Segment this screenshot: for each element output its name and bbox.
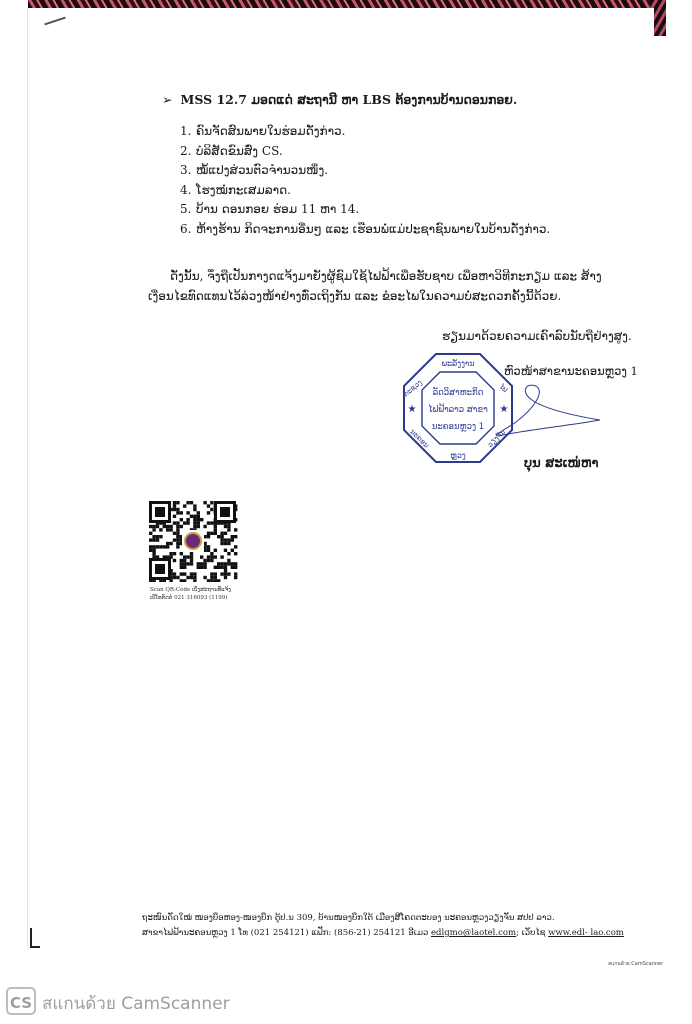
list-item: 6.ຫ້າງຮ້ານ ກິດຈະການອື່ນໆ ແລະ ເຮືອນພໍ່ແມ່… — [180, 220, 550, 240]
svg-text:ໄຟຟ້າລາວ ສາຂາ: ໄຟຟ້າລາວ ສາຂາ — [428, 403, 488, 415]
closing-line: ຮຽນມາດ້ວຍຄວາມເຄົາລົບນັບຖືຢ່າງສູງ. — [442, 329, 632, 343]
footer-email-link[interactable]: edlgmo@laotel.com — [431, 928, 516, 938]
signer-name: ບຸນ ສະເໜ່ຫາ — [524, 456, 598, 471]
camscanner-watermark: สแกนด้วย CamScanner — [42, 990, 230, 1017]
list-item: 2.ບໍລິສັດຂົນສົ່ງ CS. — [180, 142, 550, 162]
svg-text:ພະລັງງານ: ພະລັງງານ — [441, 358, 474, 368]
star-icon: ★ — [408, 404, 417, 415]
svg-text:ລັດວິສາຫະກິດ: ລັດວິສາຫະກິດ — [433, 387, 484, 398]
qr-code[interactable] — [148, 500, 238, 582]
notice-heading: ➢MSS 12.7 ມອດແດ່ ສະຖານີ ຫາ LBS ຕ້ອງການບ້… — [162, 92, 517, 107]
svg-text:ນະຄອນຫຼວງ 1: ນະຄອນຫຼວງ 1 — [432, 422, 484, 432]
camscanner-small-watermark: สแกนด้วย CamScanner — [608, 960, 663, 968]
footer-website-link[interactable]: www.edl- lao.com — [548, 928, 624, 938]
qr-caption: Scan QR-Code ເບິ່ງສະຖານທີ່ແຈ້ງ ເບີໂທຕິດຕ… — [150, 586, 231, 602]
list-item: 1.ຄົນຈັດສົນພາຍໃນຮ່ອມດັ່ງກ່າວ. — [180, 122, 550, 142]
svg-text:ກະຊວງ: ກະຊວງ — [402, 378, 424, 398]
letterhead-footer: ຖະໜົນດັດໃໝ່ ໜອງບຶອຫອງ-ໜອງບຶກ ຕູ້ປ.ນ 309,… — [142, 911, 624, 941]
signature-title: ຫົວໜ້າສາຂານະຄອນຫຼວງ 1 — [504, 364, 638, 378]
list-item: 4.ໂຮງໝໍກະເສມລາດ. — [180, 181, 550, 201]
body-paragraph: ດັ່ງນັ້ນ, ຈຶ່ງຖືເປັນກາງດແຈ້ງມາຍັງຜູ້ຊົມໃ… — [148, 266, 618, 306]
footer-address: ຖະໜົນດັດໃໝ່ ໜອງບຶອຫອງ-ໜອງບຶກ ຕູ້ປ.ນ 309,… — [142, 911, 624, 926]
arrow-bullet-icon: ➢ — [162, 92, 172, 107]
heading-text: MSS 12.7 ມອດແດ່ ສະຖານີ ຫາ LBS ຕ້ອງການບ້າ… — [180, 92, 517, 107]
page-corner-mark — [30, 928, 40, 948]
handwritten-signature — [496, 380, 606, 440]
list-item: 5.ບ້ານ ດອນກອຍ ຮ່ອມ 11 ຫາ 14. — [180, 200, 550, 220]
footer-contact: ສາຂາໄຟຟ້ານະຄອນຫຼວງ 1 ໂທ (021 254121) ແຟັ… — [142, 926, 624, 941]
affected-areas-list: 1.ຄົນຈັດສົນພາຍໃນຮ່ອມດັ່ງກ່າວ. 2.ບໍລິສັດຂ… — [180, 122, 550, 239]
camscanner-logo-icon: CS — [6, 987, 36, 1015]
svg-text:ຫຼວງ: ຫຼວງ — [450, 451, 466, 461]
list-item: 3.ໝໍ້ແປງສ່ວນຕົວຈຳນວນໜຶ່ງ. — [180, 161, 550, 181]
